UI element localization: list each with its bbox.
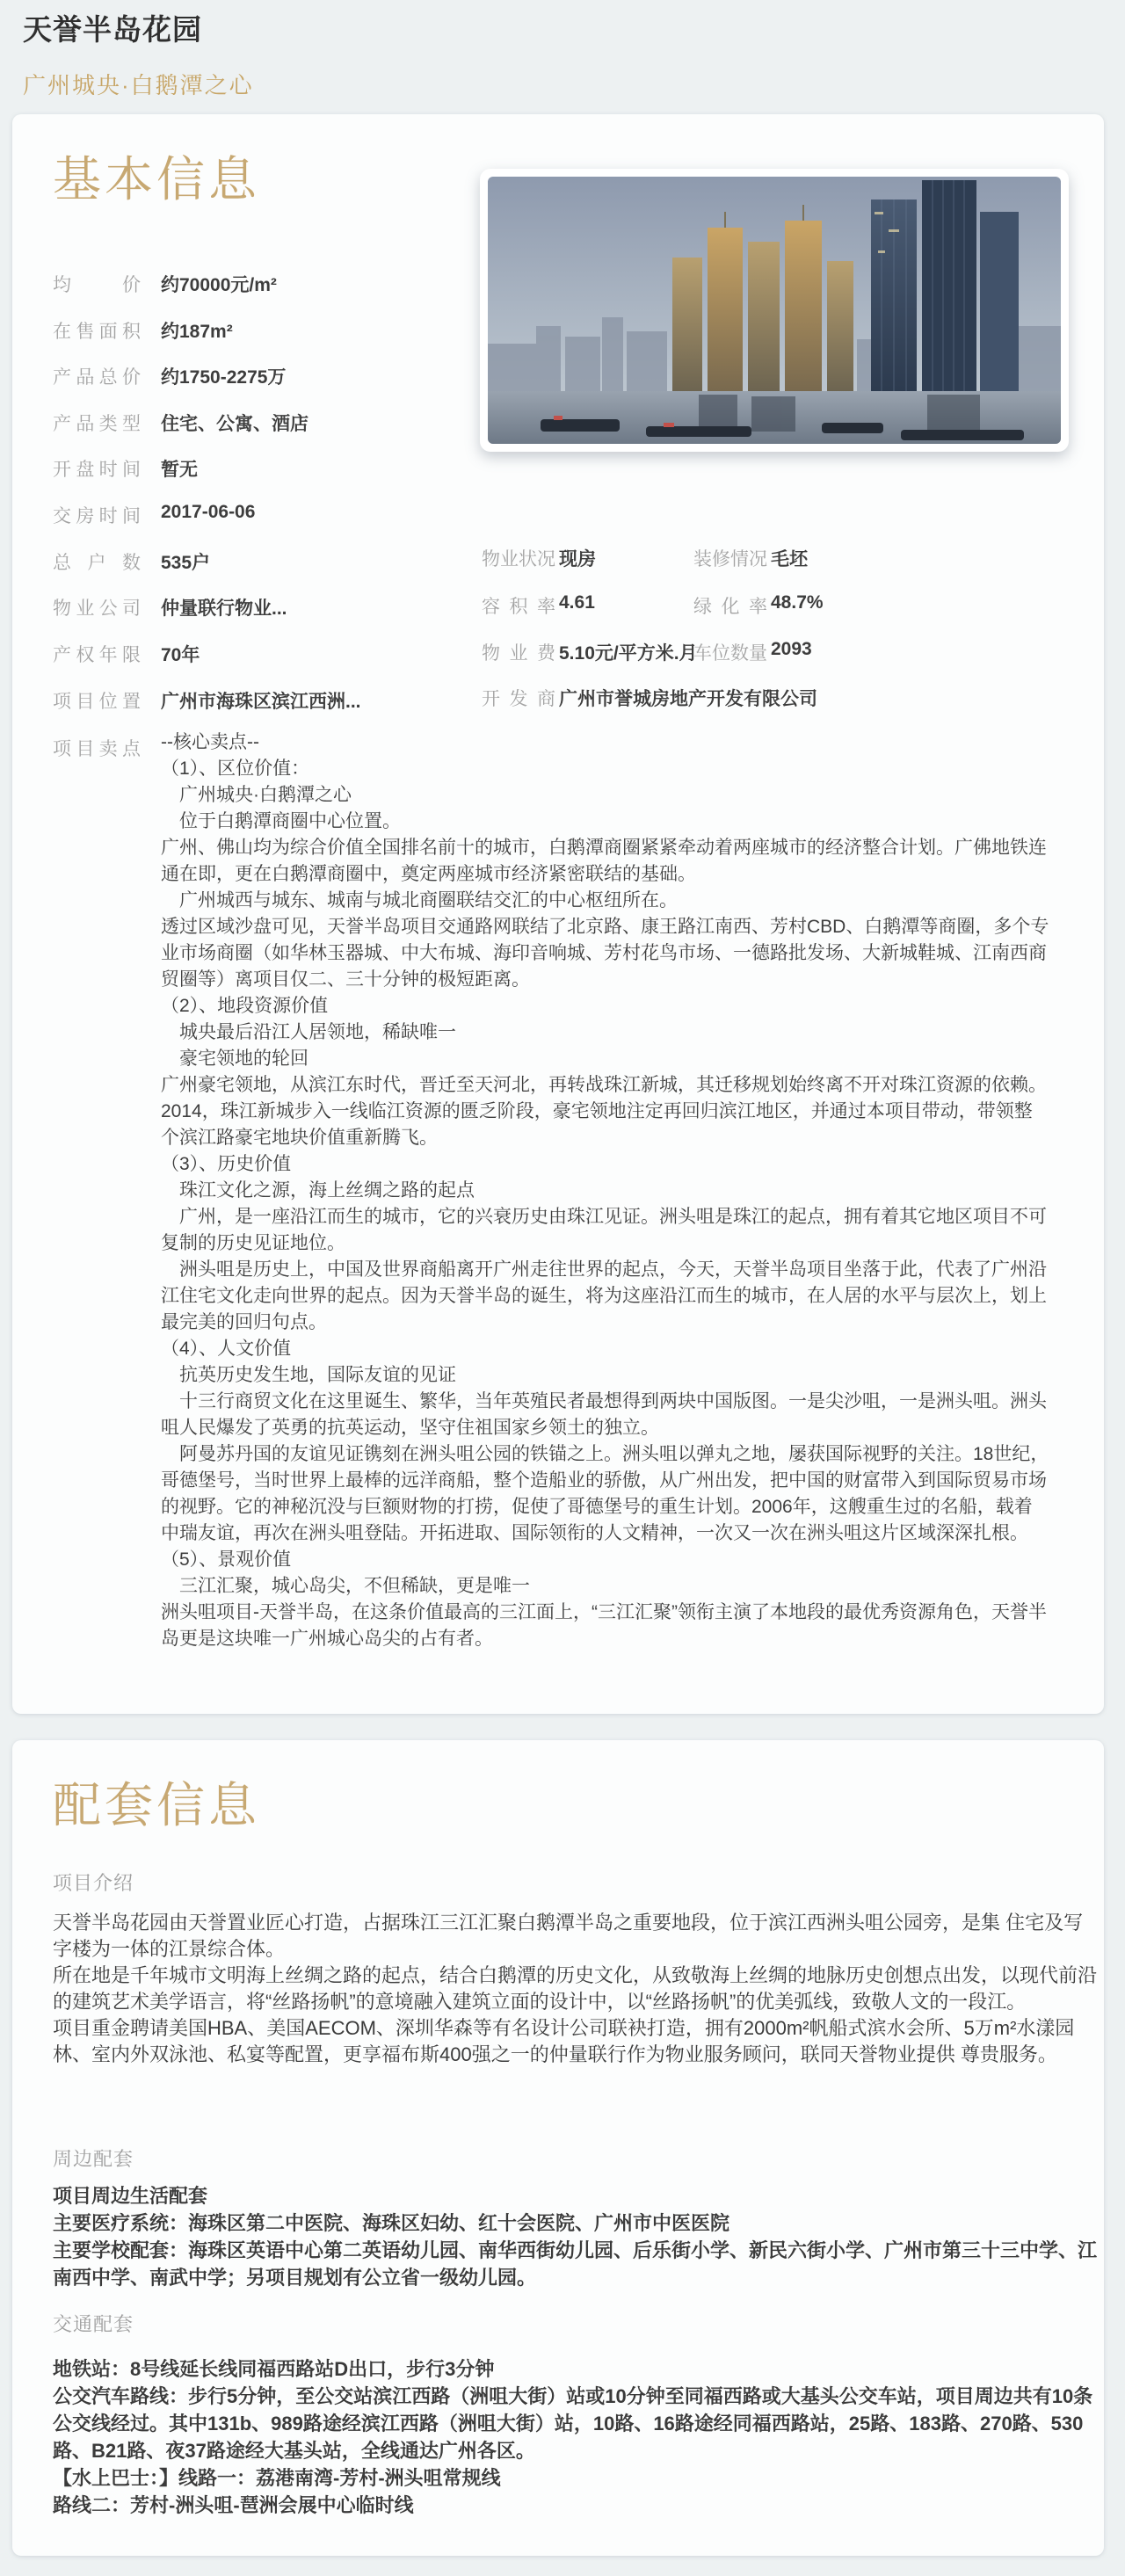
info-value: 48.7% bbox=[771, 592, 824, 613]
info-row-tenure: 产权年限70年 bbox=[53, 641, 200, 667]
info-row-opening-date: 开盘时间暂无 bbox=[53, 455, 198, 482]
transport-text: 地铁站：8号线延长线同福西路站D出口，步行3分钟 公交汽车路线：步行5分钟，至公… bbox=[53, 2355, 1099, 2519]
info-label: 开盘时间 bbox=[53, 455, 141, 482]
info-label: 车位数量 bbox=[693, 639, 767, 665]
info-row-plot-ratio: 容积率4.61 绿化率48.7% bbox=[482, 592, 595, 619]
info-label: 产品类型 bbox=[53, 410, 141, 436]
info-value: 约187m² bbox=[161, 322, 233, 342]
info-row-area: 在售面积约187m² bbox=[53, 317, 233, 344]
info-value: 70年 bbox=[161, 645, 200, 665]
highlights-text: --核心卖点-- （1）、区位价值： 广州城央·白鹅潭之心 位于白鹅潭商圈中心位… bbox=[161, 729, 1050, 1652]
basic-info-card: 基本信息 均价约70000元/m² 在售面积约187m² 产品总价约1750-2… bbox=[12, 114, 1104, 1714]
amenities-heading: 配套信息 bbox=[53, 1767, 260, 1836]
info-label: 物业公司 bbox=[53, 594, 141, 620]
info-row-delivery-date: 交房时间2017-06-06 bbox=[53, 502, 255, 528]
info-row-parking: 车位数量2093 bbox=[693, 639, 812, 665]
page-header: 天誉半岛花园 广州城央·白鹅潭之心 bbox=[23, 7, 254, 100]
info-row-developer: 开发商广州市誉城房地产开发有限公司 bbox=[482, 685, 817, 711]
surroundings-heading: 周边配套 bbox=[53, 2144, 134, 2172]
info-row-property-fee: 物业费5.10元/平方米.月 车位数量2093 bbox=[482, 639, 698, 665]
info-label: 产品总价 bbox=[53, 363, 141, 389]
riverside-skyline-illustration bbox=[488, 177, 1061, 444]
info-label: 容积率 bbox=[482, 592, 555, 619]
info-label: 绿化率 bbox=[693, 592, 767, 619]
info-value: 2017-06-06 bbox=[161, 502, 255, 522]
info-label: 开发商 bbox=[482, 685, 555, 711]
info-value: 现房 bbox=[559, 549, 596, 570]
info-label: 项目卖点 bbox=[53, 735, 141, 761]
info-label: 均价 bbox=[53, 271, 141, 297]
info-value: 广州市誉城房地产开发有限公司 bbox=[559, 689, 817, 709]
info-value: 住宅、公寓、酒店 bbox=[161, 414, 308, 434]
info-row-greening-rate: 绿化率48.7% bbox=[693, 592, 824, 619]
info-row-households: 总户数535户 bbox=[53, 548, 210, 575]
info-value: 5.10元/平方米.月 bbox=[559, 643, 698, 664]
info-value: 4.61 bbox=[559, 592, 595, 613]
info-label: 物业状况 bbox=[482, 545, 555, 571]
property-photo bbox=[480, 169, 1069, 452]
info-label: 物业费 bbox=[482, 639, 555, 665]
info-row-total-price: 产品总价约1750-2275万 bbox=[53, 363, 286, 389]
info-label: 装修情况 bbox=[693, 545, 767, 571]
info-value: 535户 bbox=[161, 553, 210, 573]
info-value: 仲量联行物业... bbox=[161, 599, 287, 619]
info-label: 产权年限 bbox=[53, 641, 141, 667]
info-value: 广州市海珠区滨江西洲... bbox=[161, 692, 361, 712]
info-value: 2093 bbox=[771, 639, 812, 659]
amenities-card: 配套信息 项目介绍 天誉半岛花园由天誉置业匠心打造，占据珠江三江汇聚白鹅潭半岛之… bbox=[12, 1740, 1104, 2556]
info-row-decoration: 装修情况毛坯 bbox=[693, 545, 808, 571]
info-label: 总户数 bbox=[53, 548, 141, 575]
surroundings-text: 项目周边生活配套 主要医疗系统：海珠区第二中医院、海珠区妇幼、红十会医院、广州市… bbox=[53, 2182, 1099, 2291]
highlights-label: 项目卖点 bbox=[53, 735, 141, 761]
info-value: 毛坯 bbox=[771, 549, 808, 570]
info-label: 交房时间 bbox=[53, 502, 141, 528]
info-value: 暂无 bbox=[161, 460, 198, 480]
info-label: 项目位置 bbox=[53, 687, 141, 714]
intro-heading: 项目介绍 bbox=[53, 1869, 134, 1896]
info-label: 在售面积 bbox=[53, 317, 141, 344]
page-subtitle: 广州城央·白鹅潭之心 bbox=[23, 68, 254, 100]
info-row-property-company: 物业公司仲量联行物业... bbox=[53, 594, 287, 620]
info-value: 约70000元/m² bbox=[161, 275, 277, 295]
info-row-product-type: 产品类型住宅、公寓、酒店 bbox=[53, 410, 308, 436]
page-title: 天誉半岛花园 bbox=[23, 7, 254, 48]
intro-text: 天誉半岛花园由天誉置业匠心打造，占据珠江三江汇聚白鹅潭半岛之重要地段，位于滨江西… bbox=[53, 1910, 1099, 2068]
transport-heading: 交通配套 bbox=[53, 2310, 134, 2337]
info-row-price: 均价约70000元/m² bbox=[53, 271, 277, 297]
info-row-location: 项目位置广州市海珠区滨江西洲... bbox=[53, 687, 361, 714]
info-value: 约1750-2275万 bbox=[161, 367, 286, 388]
basic-info-heading: 基本信息 bbox=[53, 141, 260, 210]
info-row-property-status: 物业状况现房 装修情况毛坯 bbox=[482, 545, 596, 571]
